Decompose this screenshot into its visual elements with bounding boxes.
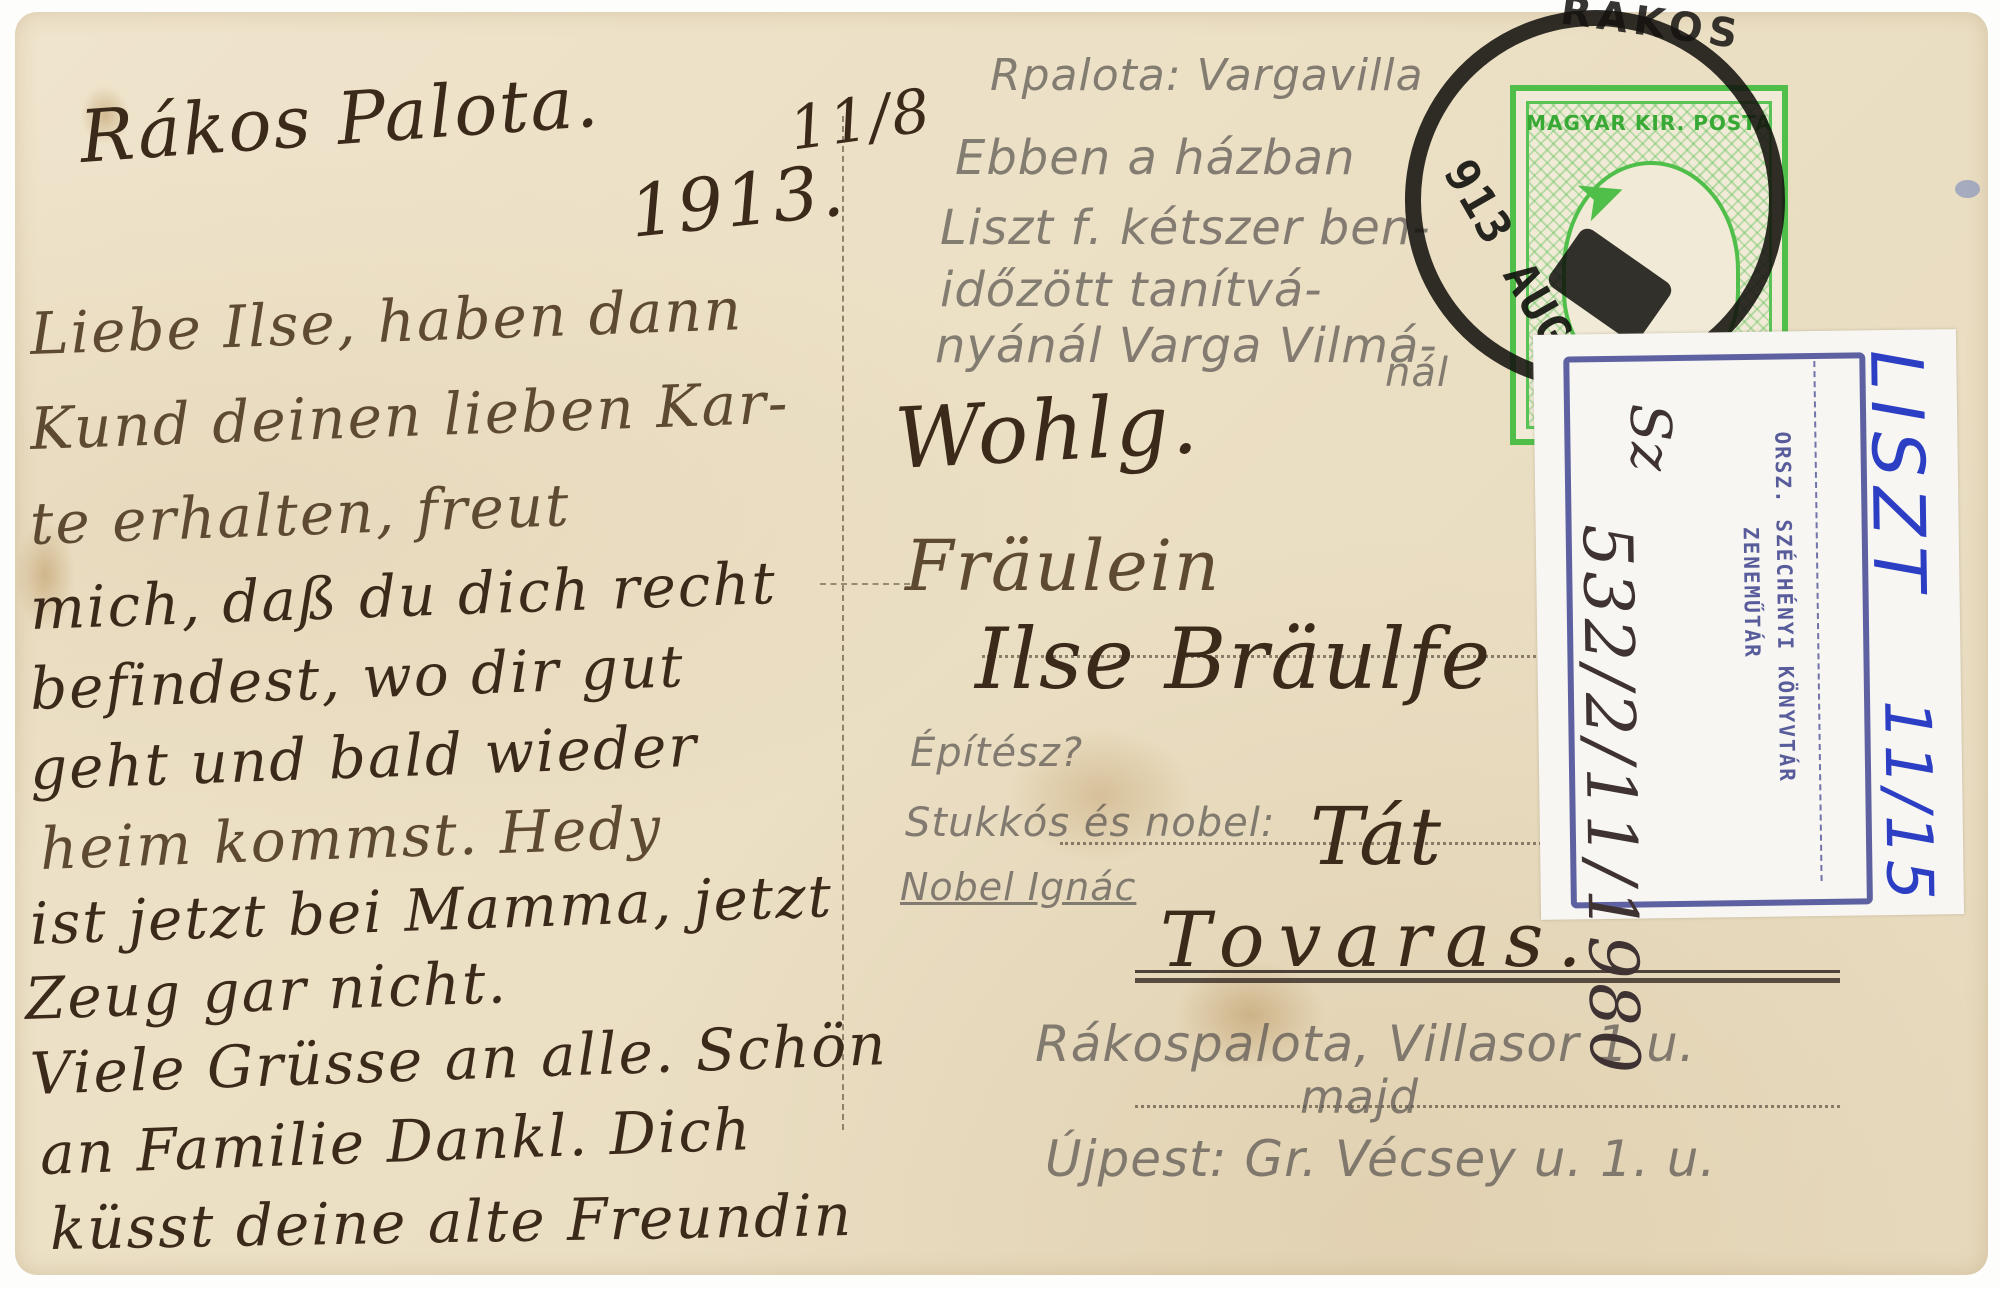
ink-spot (1955, 180, 1980, 198)
message-line: küsst deine alte Freundin (49, 1181, 853, 1263)
collection-item: 11/15 (1869, 699, 1946, 904)
pencil-line: majd (1300, 1070, 1419, 1124)
library-department: ZENEMŰTÁR (1734, 527, 1770, 659)
collection-name: LISZT (1854, 349, 1941, 601)
address-salutation: Wohlg. (892, 374, 1201, 488)
pencil-line: Újpest: Gr. Vécsey u. 1. u. (1045, 1130, 1716, 1188)
address-district: Tovaras. (1160, 895, 1596, 984)
divider-tick (820, 583, 910, 585)
address-name: Ilse Bräulfe (975, 610, 1492, 708)
pencil-line: nál (1385, 350, 1449, 396)
library-name: ORSZ. SZÉCHÉNYI KÖNYVTÁR (1765, 431, 1804, 783)
library-label: Sz 532/2/11/1980 ORSZ. SZÉCHÉNYI KÖNYVTÁ… (1533, 329, 1964, 920)
pencil-line: Nobel Ignác (900, 865, 1136, 909)
center-divider (842, 116, 844, 1130)
shelfmark-prefix: Sz (1617, 403, 1683, 472)
pencil-line: nyánál Varga Vilmá- (935, 318, 1438, 374)
shelfmark-number: 532/2/11/1980 (1567, 523, 1654, 1077)
address-line-4 (1135, 1105, 1840, 1108)
address-place: Tát (1310, 790, 1443, 883)
pencil-line: Ebben a házban (955, 130, 1355, 186)
address-title: Fräulein (905, 525, 1221, 607)
pencil-line: időzött tanítvá- (940, 262, 1323, 318)
pencil-line: Stukkós és nobel: (905, 800, 1275, 846)
pencil-line: Építész? (910, 730, 1083, 776)
pencil-line: Rpalota: Vargavilla (990, 50, 1424, 101)
pencil-line: Liszt f. kétszer ben- (940, 200, 1431, 256)
